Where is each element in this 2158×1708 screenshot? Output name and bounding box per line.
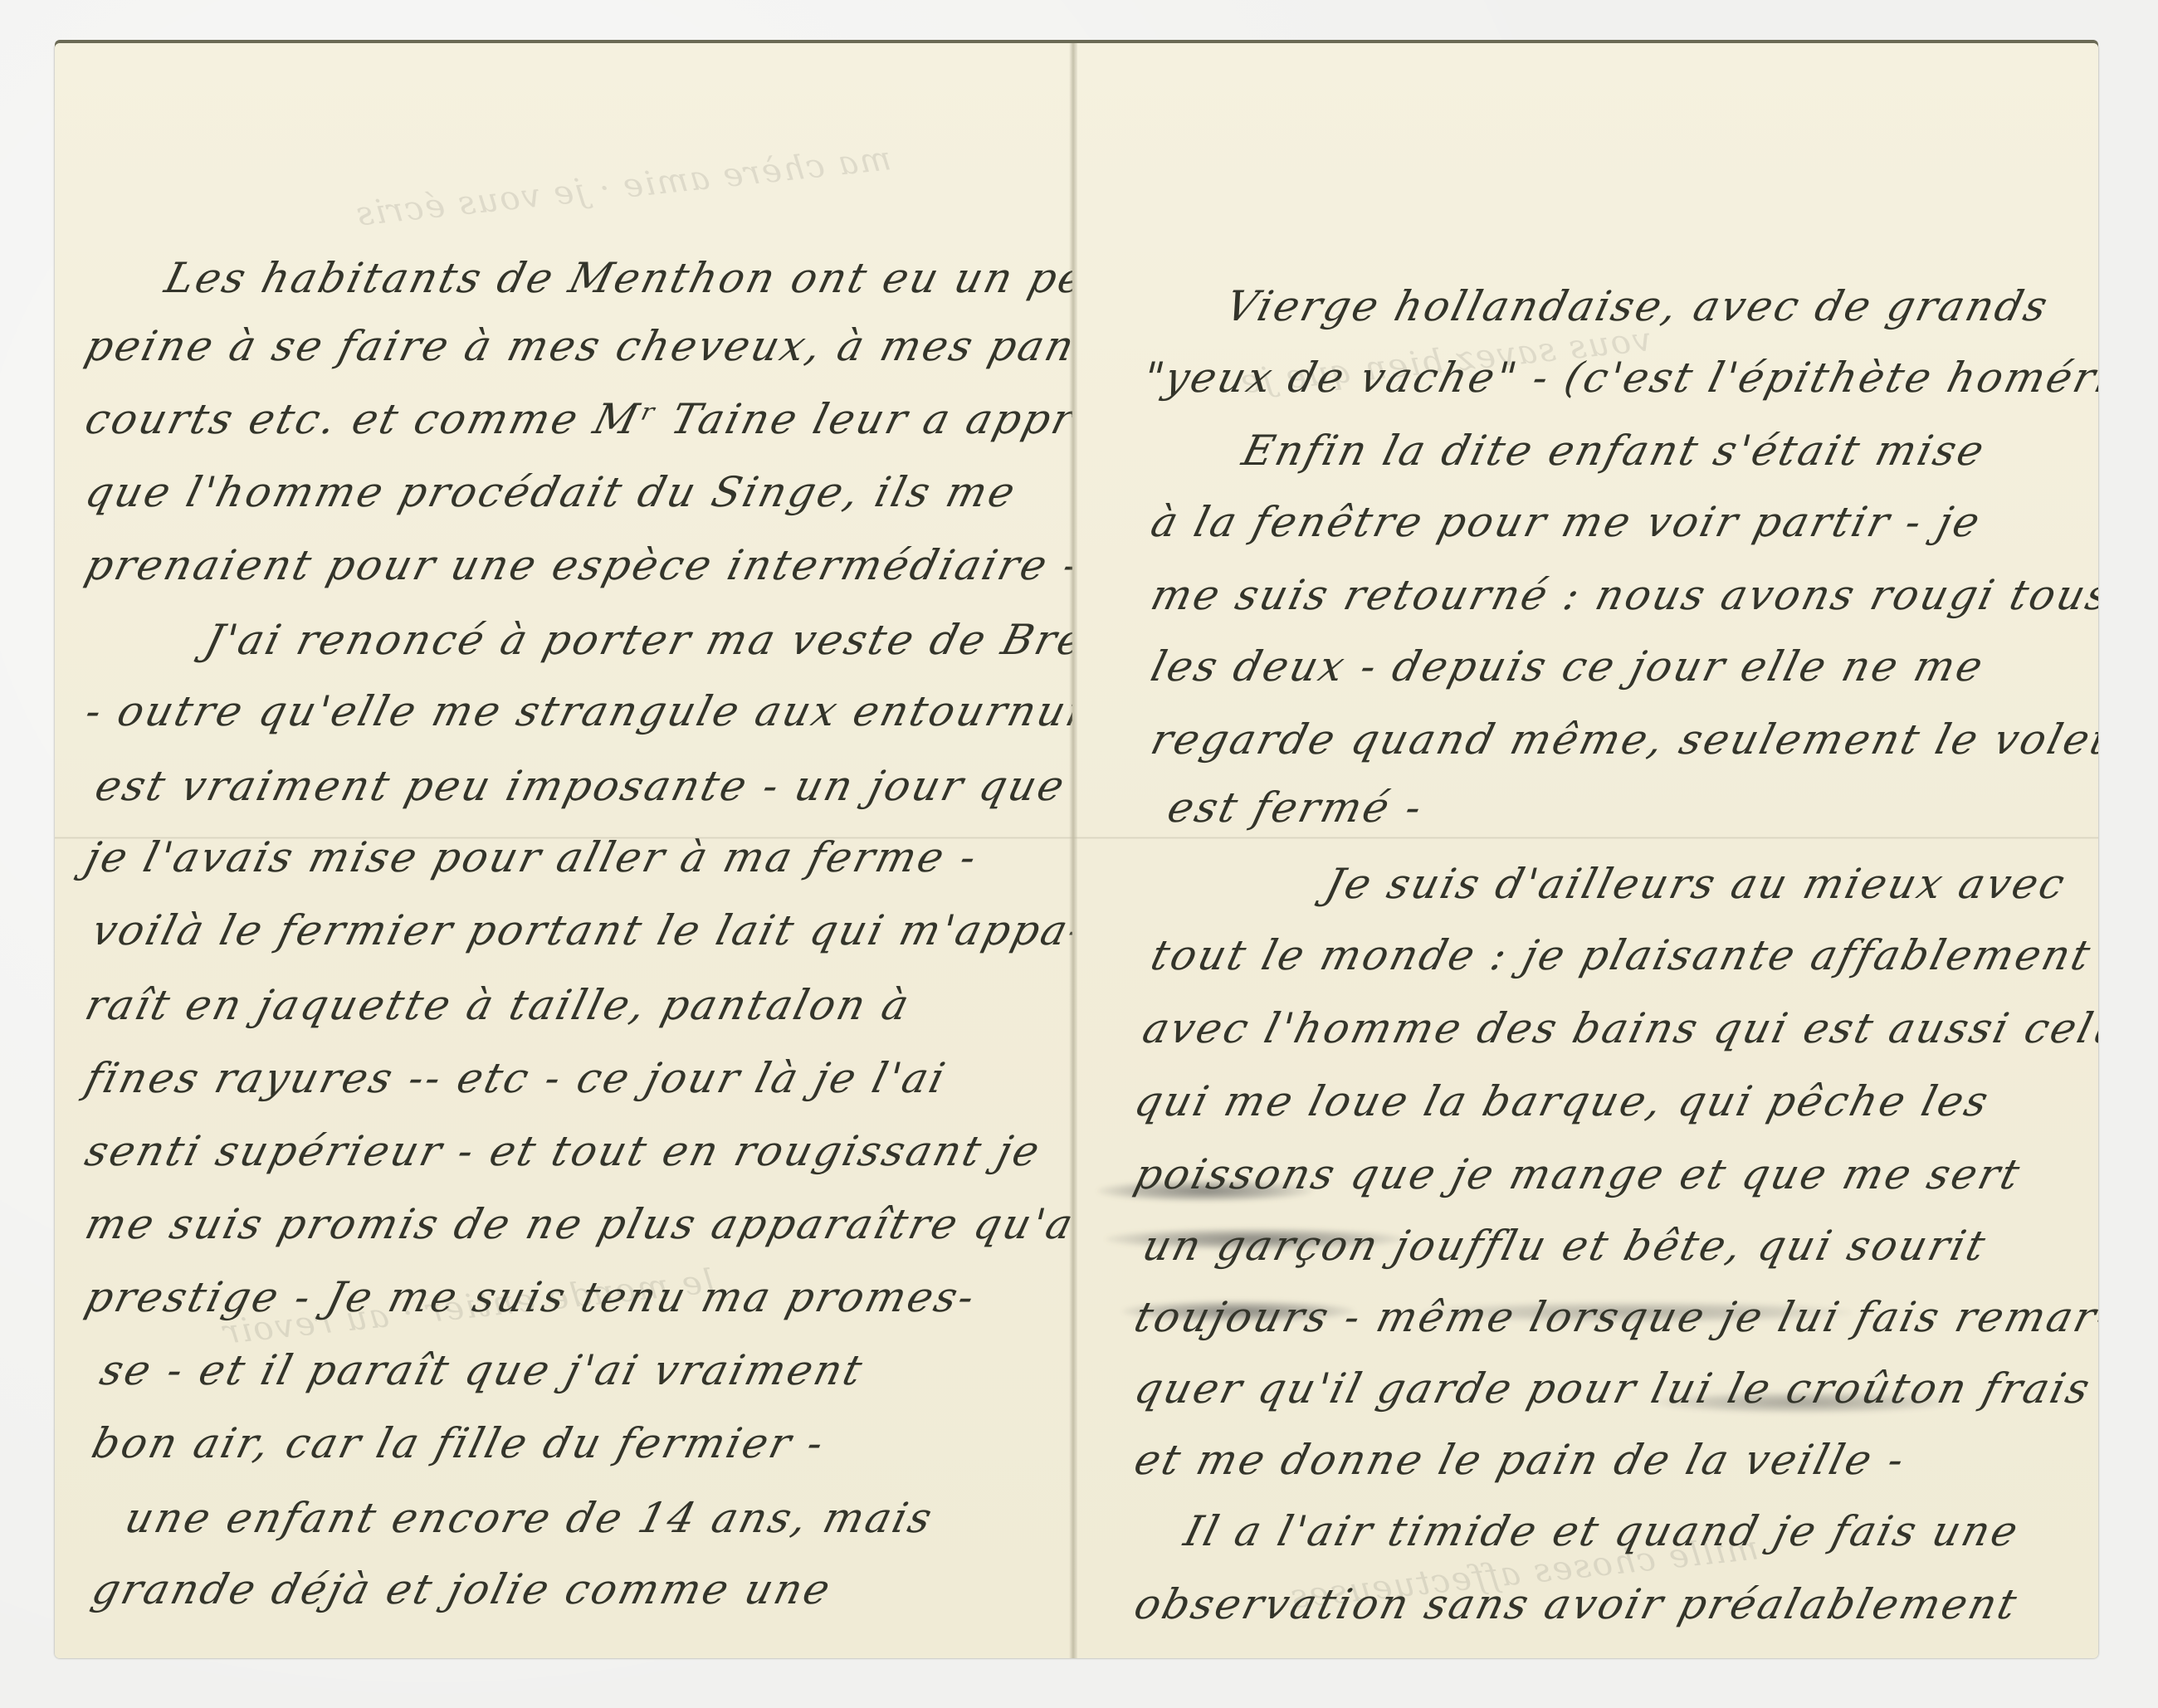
text-line: prestige - Je me suis tenu ma promes- xyxy=(81,1276,980,1318)
text-line: Vierge hollandaise, avec de grands xyxy=(1222,285,2053,327)
text-line: Il a l'air timide et quand je fais une xyxy=(1180,1510,2024,1552)
text-line: raît en jaquette à taille, pantalon à xyxy=(81,984,915,1026)
text-line: une enfant encore de 14 ans, mais xyxy=(121,1497,938,1539)
left-page: ma chère amie · je vous écris le monde e… xyxy=(55,43,1072,1658)
text-line: Enfin la dite enfant s'était mise xyxy=(1238,430,1990,471)
text-line: observation sans avoir préalablement xyxy=(1130,1584,2023,1625)
text-line: est fermé - xyxy=(1164,787,1428,828)
text-line: les deux - depuis ce jour elle ne me xyxy=(1147,646,1989,687)
text-line: avec l'homme des bains qui est aussi cel… xyxy=(1139,1008,2098,1049)
text-line: Les habitants de Menthon ont eu un peu d… xyxy=(161,257,1072,299)
text-line: me suis retourné : nous avons rougi tous xyxy=(1147,574,2098,616)
text-line: est vraiment peu imposante - un jour que xyxy=(91,765,1071,807)
text-line: - outre qu'elle me strangule aux entourn… xyxy=(81,691,1072,732)
center-fold xyxy=(1069,43,1077,1658)
text-line: "yeux de vache" - (c'est l'épithète homé… xyxy=(1139,357,2098,398)
right-page: vous savez bien que je mille choses affe… xyxy=(1072,43,2098,1658)
text-line: senti supérieur - et tout en rougissant … xyxy=(81,1130,1046,1172)
letter-sheet: ma chère amie · je vous écris le monde e… xyxy=(55,43,2098,1658)
text-line: grande déjà et jolie comme une xyxy=(88,1569,837,1610)
text-line: un garçon joufflu et bête, qui sourit xyxy=(1139,1225,1991,1266)
text-line: qui me loue la barque, qui pêche les xyxy=(1130,1081,1994,1122)
text-line: quer qu'il garde pour lui le croûton fra… xyxy=(1130,1368,2096,1409)
horizontal-crease xyxy=(55,837,2098,839)
text-line: peine à se faire à mes cheveux, à mes pa… xyxy=(81,325,1072,367)
text-line: J'ai renoncé à porter ma veste de Bretag… xyxy=(201,619,1072,661)
text-line: tout le monde : je plaisante affablement xyxy=(1147,935,2097,976)
text-line: me suis promis de ne plus apparaître qu'… xyxy=(81,1203,1072,1245)
text-line: toujours - même lorsque je lui fais rema… xyxy=(1130,1296,2098,1338)
text-line: Je suis d'ailleurs au mieux avec xyxy=(1321,863,2071,905)
text-line: voilà le fermier portant le lait qui m'a… xyxy=(88,910,1072,951)
text-line: courts etc. et comme Mʳ Taine leur a app… xyxy=(81,398,1072,440)
text-line: prenaient pour une espèce intermédiaire … xyxy=(81,544,1072,586)
text-line: regarde quand même, seulement le volet xyxy=(1147,719,2098,760)
text-line: fines rayures -- etc - ce jour là je l'a… xyxy=(81,1057,951,1099)
text-line: je l'avais mise pour aller à ma ferme - xyxy=(81,837,983,878)
text-line: à la fenêtre pour me voir partir - je xyxy=(1147,501,1986,543)
text-line: bon air, car la fille du fermier - xyxy=(88,1423,830,1464)
text-line: poissons que je mange et que me sert xyxy=(1130,1154,2026,1195)
text-line: se - et il paraît que j'ai vraiment xyxy=(96,1349,868,1391)
text-line: que l'homme procédait du Singe, ils me xyxy=(81,471,1021,513)
bleed-through-ink: ma chère amie · je vous écris xyxy=(353,139,892,234)
text-line: et me donne le pain de la veille - xyxy=(1130,1439,1911,1481)
